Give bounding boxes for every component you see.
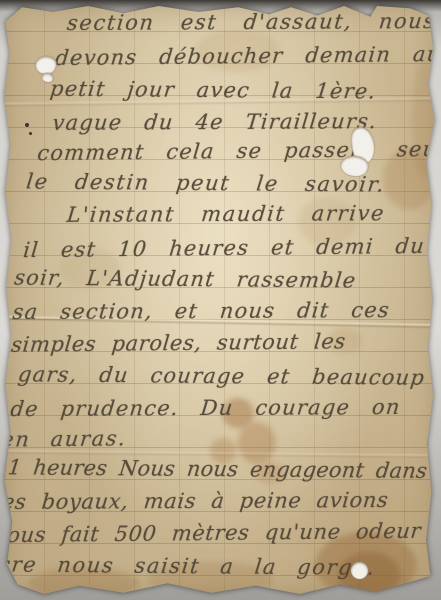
- scanned-letter: section est d'assaut, nous devons débouc…: [0, 0, 441, 600]
- handwriting-line: les boyaux, mais à peine avions: [0, 490, 389, 513]
- handwriting-line: gars, du courage et beaucoup: [17, 364, 426, 389]
- handwriting-line: sa section, et nous dit ces: [12, 300, 391, 323]
- handwriting-line: petit jour avec la 1ère.: [49, 79, 378, 103]
- handwriting-line: nous fait 500 mètres qu'une odeur: [0, 521, 422, 546]
- handwriting-line: en auras.: [0, 428, 127, 450]
- letter-page: section est d'assaut, nous devons débouc…: [0, 0, 441, 600]
- handwriting-line: section est d'assaut, nous: [66, 11, 437, 34]
- handwriting-line: 11 heures Nous nous engageont dans: [0, 457, 428, 482]
- handwriting-line: de prudence. Du courage on: [9, 397, 401, 420]
- paper-shadow: section est d'assaut, nous devons débouc…: [0, 0, 441, 600]
- handwriting-layer: section est d'assaut, nous devons débouc…: [0, 0, 441, 600]
- handwriting-line: L'instant maudit arrive: [66, 203, 386, 226]
- handwriting-line: simples paroles, surtout les: [10, 331, 346, 355]
- handwriting-line: le destin peut le savoir.: [25, 171, 386, 195]
- handwriting-line: acre nous saisit a la gorge.: [0, 554, 377, 578]
- handwriting-line: il est 10 heures et demi du: [22, 236, 426, 261]
- handwriting-line: vague du 4e Tirailleurs.: [52, 111, 379, 134]
- handwriting-line: devons déboucher demain au: [54, 44, 441, 69]
- punch-hole: [351, 562, 368, 579]
- tear-hole: [42, 73, 53, 82]
- handwriting-line: soir, L'Adjudant rassemble: [13, 268, 358, 292]
- handwriting-line: comment cela se passera seul: [36, 139, 441, 164]
